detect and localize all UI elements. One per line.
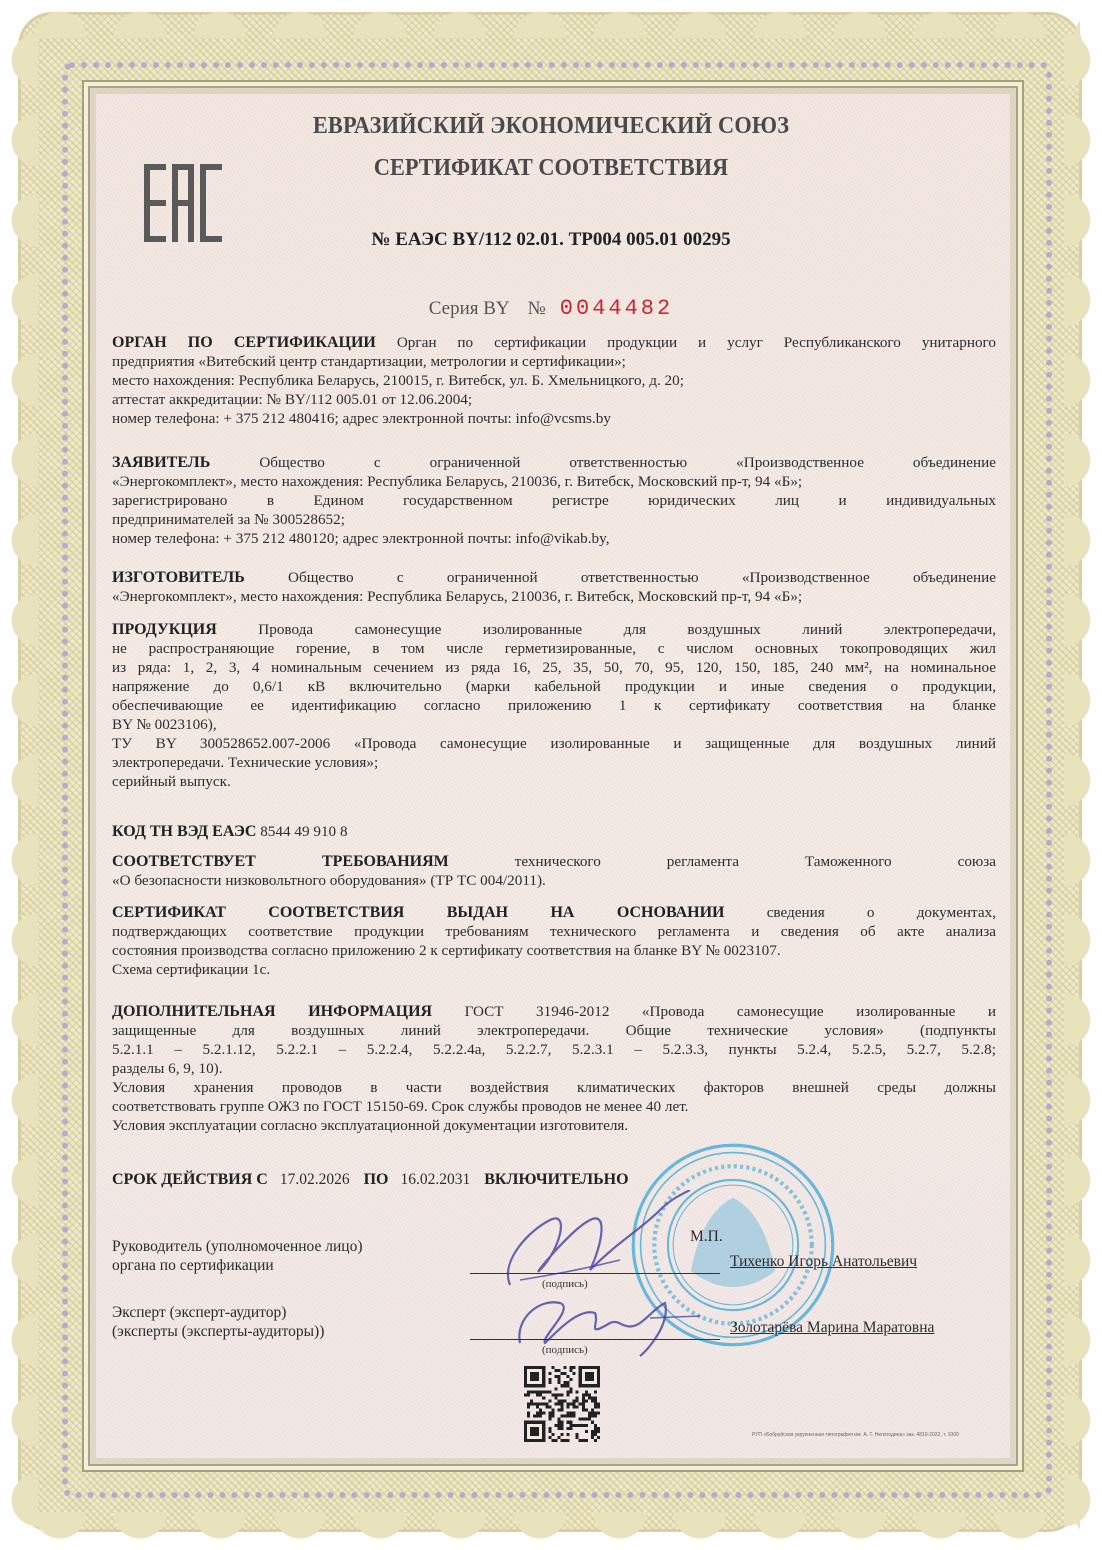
section-label: ДОПОЛНИТЕЛЬНАЯ ИНФОРМАЦИЯ (112, 1003, 432, 1020)
certificate-number: № ЕАЭС BY/112 02.01. ТР004 005.01 00295 (0, 229, 1102, 251)
text-line: (эксперты (эксперты-аудиторы)) (112, 1322, 452, 1341)
section-validity: СРОК ДЕЙСТВИЯ С17.02.2026ПО16.02.2031ВКЛ… (112, 1170, 996, 1189)
signatory-role: Эксперт (эксперт-аудитор) (эксперты (экс… (112, 1303, 452, 1341)
text-line: электропередачи. Технические условия»; (112, 753, 996, 772)
section-additional-info: ДОПОЛНИТЕЛЬНАЯ ИНФОРМАЦИЯ ГОСТ 31946-201… (112, 1002, 996, 1135)
text-line: состояния производства согласно приложен… (112, 941, 996, 960)
contact-line: номер телефона: + 375 212 480120; адрес … (112, 529, 996, 548)
validity-from-label: СРОК ДЕЙСТВИЯ С (112, 1171, 268, 1188)
text-line: не распространяющие горение, в том числе… (112, 639, 996, 658)
text-line: 5.2.1.1 – 5.2.1.12, 5.2.2.1 – 5.2.2.4, 5… (112, 1040, 996, 1059)
printer-imprint: РУП «Бобруйская укрупненная типография и… (752, 1432, 959, 1438)
signature-line (470, 1273, 720, 1274)
union-heading: ЕВРАЗИЙСКИЙ ЭКОНОМИЧЕСКИЙ СОЮЗ (39, 113, 1064, 140)
text-line: место нахождения: Республика Беларусь, 2… (112, 371, 996, 390)
section-certification-body: ОРГАН ПО СЕРТИФИКАЦИИ Орган по сертифика… (112, 333, 996, 428)
text-line: «Энергокомплект», место нахождения: Респ… (112, 472, 996, 491)
section-manufacturer: ИЗГОТОВИТЕЛЬ Общество с ограниченной отв… (112, 568, 996, 606)
section-conformity: СООТВЕТСТВУЕТ ТРЕБОВАНИЯМ технического р… (112, 852, 996, 890)
text-line: защищенные для воздушных линий электропе… (112, 1021, 996, 1040)
text-line: Провода самонесущие изолированные для во… (258, 621, 996, 638)
text-line: аттестат аккредитации: № BY/112 005.01 о… (112, 390, 996, 409)
text-line: обеспечивающие ее идентификацию согласно… (112, 696, 996, 715)
signature-line (470, 1339, 720, 1340)
text-line: разделы 6, 9, 10). (112, 1059, 996, 1078)
contact-line: номер телефона: + 375 212 480416; адрес … (112, 409, 996, 428)
text-line: из ряда: 1, 2, 3, 4 номинальным сечением… (112, 658, 996, 677)
section-label: СООТВЕТСТВУЕТ ТРЕБОВАНИЯМ (112, 853, 449, 870)
text-line: серийный выпуск. (112, 772, 996, 791)
serial-number: 0044482 (560, 296, 673, 321)
text-line: предприятия «Витебский центр стандартиза… (112, 352, 996, 371)
signatory-name: Тихенко Игорь Анатольевич (730, 1252, 917, 1271)
text-line: BY № 0023106), (112, 715, 996, 734)
text-line: сведения о документах, (767, 904, 996, 921)
section-issue-basis: СЕРТИФИКАТ СООТВЕТСТВИЯ ВЫДАН НА ОСНОВАН… (112, 903, 996, 979)
section-label: ОРГАН ПО СЕРТИФИКАЦИИ (112, 334, 376, 351)
validity-inclusive-label: ВКЛЮЧИТЕЛЬНО (484, 1171, 628, 1188)
certificate-title: СЕРТИФИКАТ СООТВЕТСТВИЯ (39, 155, 1064, 182)
signature-caption: (подпись) (542, 1341, 588, 1360)
validity-to-label: ПО (364, 1171, 389, 1188)
text-line: ТУ BY 300528652.007-2006 «Провода самоне… (112, 734, 996, 753)
text-line: технического регламента Таможенного союз… (515, 853, 996, 870)
section-label: СЕРТИФИКАТ СООТВЕТСТВИЯ ВЫДАН НА ОСНОВАН… (112, 904, 725, 921)
signatory-name: Золотарёва Марина Маратовна (730, 1318, 934, 1337)
text-line: напряжение до 0,6/1 кВ включительно (мар… (112, 677, 996, 696)
hs-code-value: 8544 49 910 8 (260, 823, 347, 840)
text-line: Общество с ограниченной ответственностью… (288, 569, 996, 586)
section-label: КОД ТН ВЭД ЕАЭС (112, 823, 256, 840)
section-applicant: ЗАЯВИТЕЛЬ Общество с ограниченной ответс… (112, 453, 996, 548)
text-line: подтверждающих соответствие продукции тр… (112, 922, 996, 941)
section-label: ЗАЯВИТЕЛЬ (112, 454, 210, 471)
signatory-role: Руководитель (уполномоченное лицо) орган… (112, 1237, 452, 1275)
text-line: ГОСТ 31946-2012 «Провода самонесущие изо… (465, 1003, 996, 1020)
number-sign: № (528, 298, 546, 319)
section-product: ПРОДУКЦИЯ Провода самонесущие изолирован… (112, 620, 996, 791)
section-label: ПРОДУКЦИЯ (112, 621, 217, 638)
text-line: Руководитель (уполномоченное лицо) (112, 1237, 452, 1256)
text-line: Схема сертификации 1с. (112, 960, 996, 979)
text-line: Общество с ограниченной ответственностью… (259, 454, 996, 471)
validity-date-from: 17.02.2026 (280, 1171, 350, 1188)
text-line: зарегистрировано в Едином государственно… (112, 491, 996, 510)
text-line: «О безопасности низковольтного оборудова… (112, 871, 996, 890)
text-line: «Энергокомплект», место нахождения: Респ… (112, 587, 996, 606)
section-hs-code: КОД ТН ВЭД ЕАЭС 8544 49 910 8 (112, 822, 996, 841)
seal-placeholder-label: М.П. (690, 1228, 723, 1246)
qr-code-icon (524, 1366, 600, 1442)
text-line: Условия эксплуатации согласно эксплуатац… (112, 1116, 996, 1135)
text-line: Условия хранения проводов в части воздей… (112, 1078, 996, 1097)
text-line: Эксперт (эксперт-аудитор) (112, 1303, 452, 1322)
text-line: соответствовать группе ОЖ3 по ГОСТ 15150… (112, 1097, 996, 1116)
section-label: ИЗГОТОВИТЕЛЬ (112, 569, 245, 586)
signature-caption: (подпись) (542, 1275, 588, 1294)
series-line: Серия BY№0044482 (0, 296, 1102, 321)
text-line: предпринимателей за № 300528652; (112, 510, 996, 529)
series-label: Серия BY (429, 298, 510, 319)
text-line: Орган по сертификации продукции и услуг … (397, 334, 996, 351)
validity-date-to: 16.02.2031 (401, 1171, 471, 1188)
text-line: органа по сертификации (112, 1256, 452, 1275)
